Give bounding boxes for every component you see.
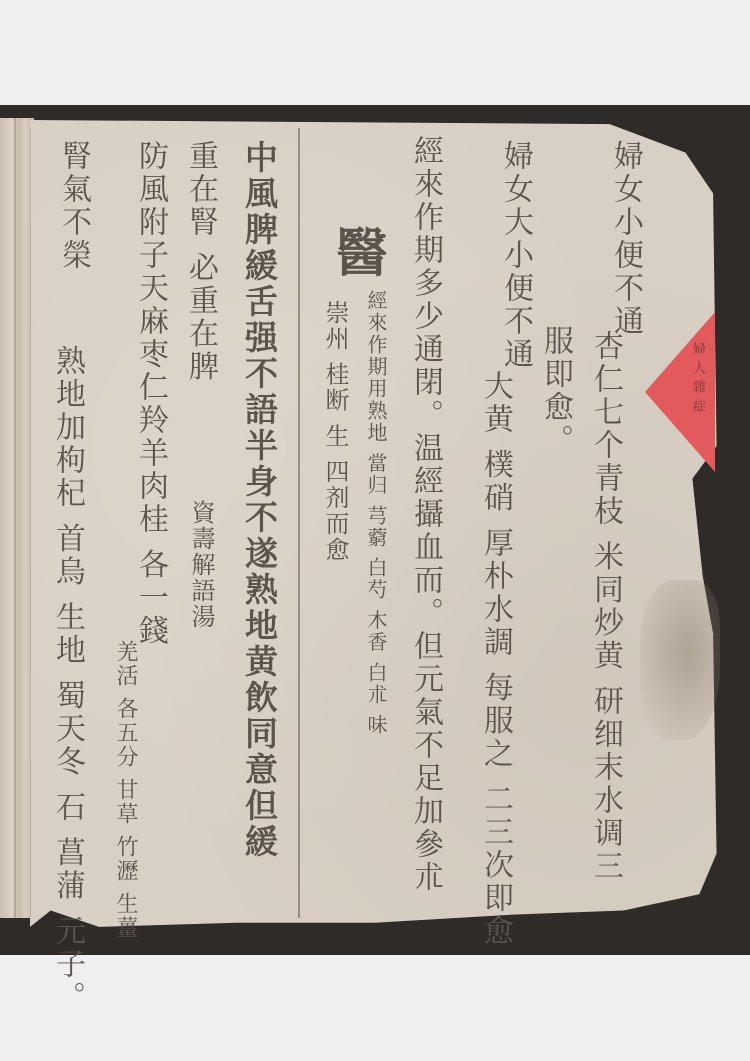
water-stain <box>640 580 720 740</box>
red-tab-label: 婦人雜症 <box>688 342 707 418</box>
column-heading-urination-defecation: 婦女大小便不通 <box>500 140 530 371</box>
column-text-prescription: 崇州 桂断 生 四剂而愈 <box>318 300 353 563</box>
column-text-formula-name: 資壽解語湯 <box>184 500 219 630</box>
column-text: 大黄 樸硝 厚朴水調 每服之 二三次即愈 <box>480 370 510 890</box>
column-text-ingredients: 羌活 各五分 甘草 竹瀝 生薑 <box>110 640 141 940</box>
column-text-ingredients: 熟地加枸杞 首烏 生地 蜀天冬 石 菖蒲 元子。 <box>52 345 82 905</box>
margin-rule <box>30 128 31 918</box>
column-heading-kidney: 腎氣不榮 <box>58 140 88 272</box>
book-binding-spine <box>0 118 34 918</box>
column-heading-stroke: 中風脾緩舌强不語半身不遂熟地黄飲同意但緩 <box>243 140 276 860</box>
column-text-prescription: 經來作期用熟地 當归 芎藭 白芍 木香 白朮 味 <box>362 290 391 736</box>
column-text: 重在腎 必重在脾 <box>185 140 215 384</box>
column-divider-rule <box>298 128 300 918</box>
column-text: 服即愈。 <box>540 325 570 457</box>
column-heading-medicine: 醫 <box>330 225 382 280</box>
column-text-ingredients: 防風附子天麻枣仁羚羊肉桂 各一錢 <box>135 140 165 648</box>
column-text-menstruation: 經來作期多少通閉。温經攝血而。但元氣不足加參朮 <box>410 135 440 915</box>
column-text: 杏仁七个青枝 米同炒黄 研细末水调三 <box>590 330 620 890</box>
column-heading-urination: 婦女小便不通 <box>610 140 640 338</box>
